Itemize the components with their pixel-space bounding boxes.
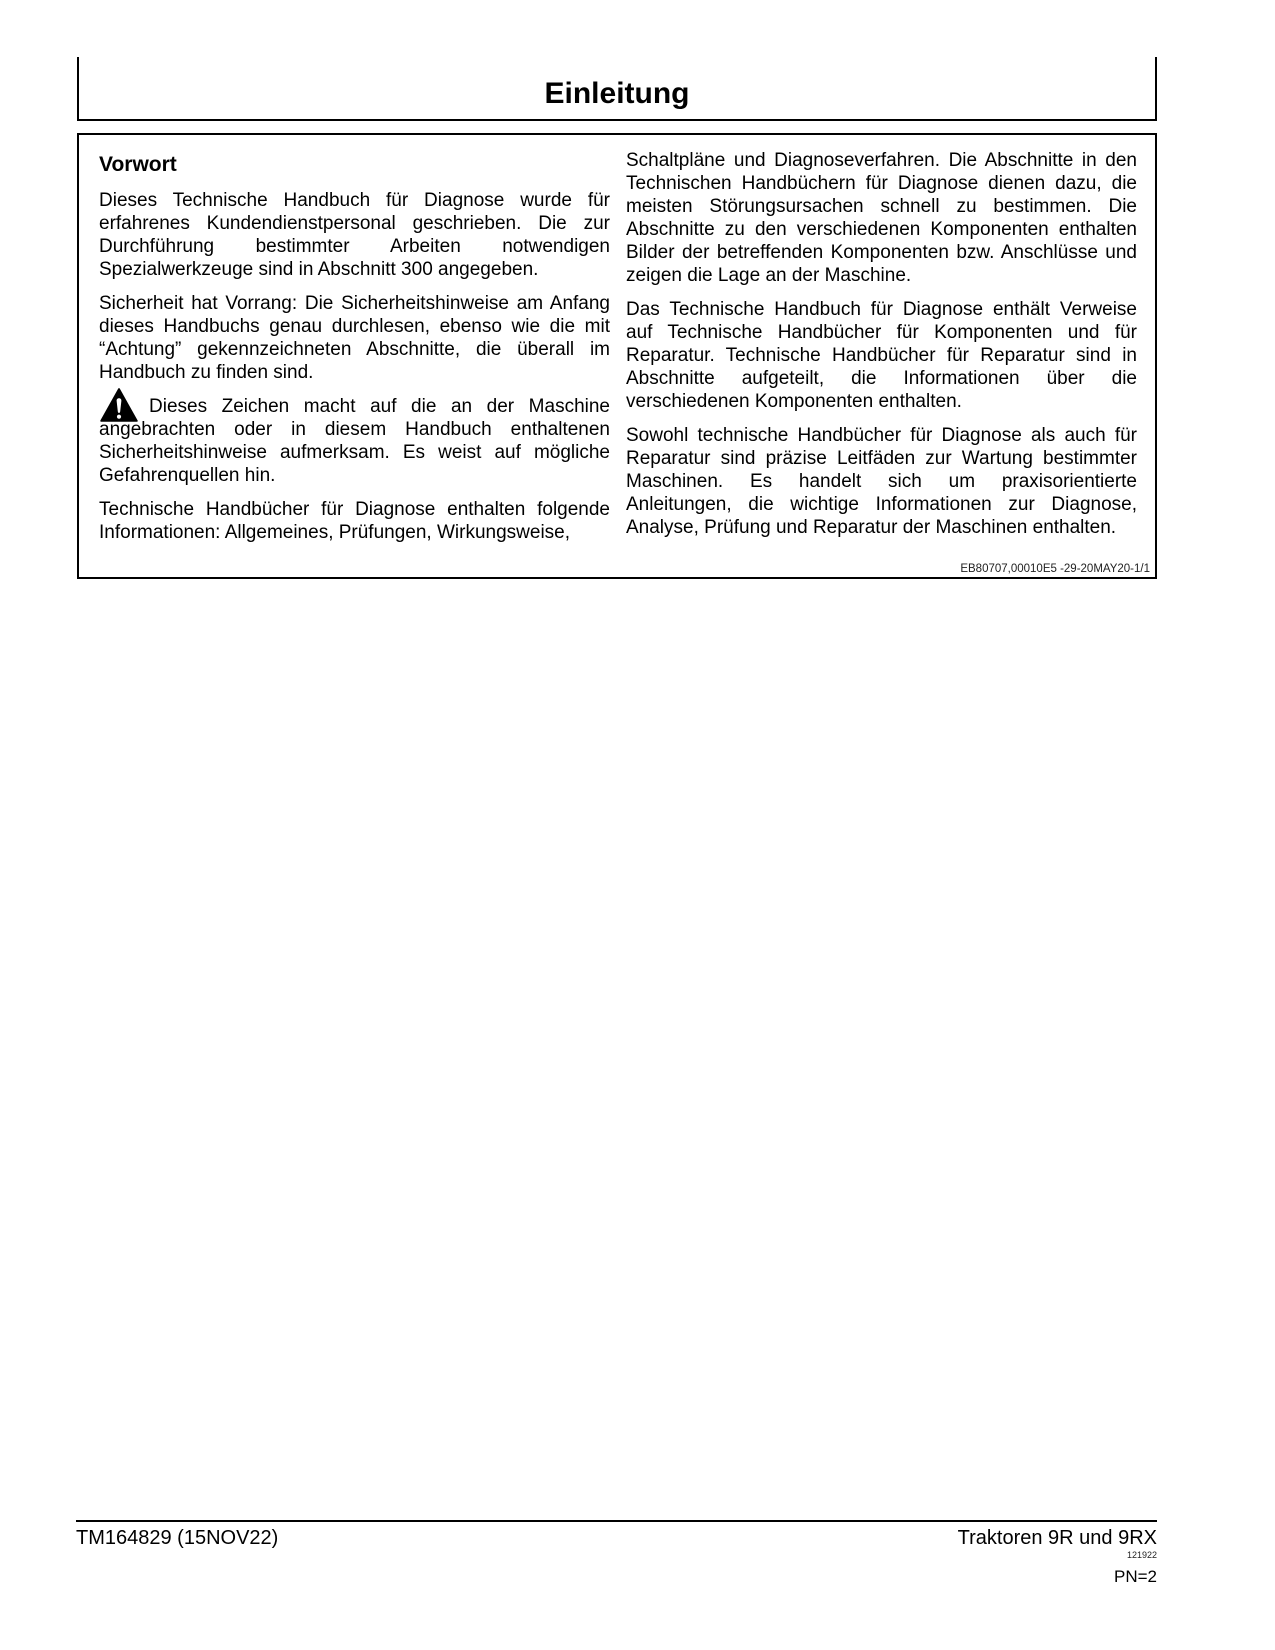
paragraph: Dieses Technische Handbuch für Diagnose … xyxy=(99,189,610,281)
left-column: Vorwort Dieses Technische Handbuch für D… xyxy=(99,149,610,555)
page-number: PN=2 xyxy=(76,1567,1157,1587)
page-footer: TM164829 (15NOV22) Traktoren 9R und 9RX … xyxy=(76,1520,1157,1587)
two-column-layout: Vorwort Dieses Technische Handbuch für D… xyxy=(79,135,1155,555)
warning-paragraph: Dieses Zeichen macht auf die an der Masc… xyxy=(99,395,610,487)
paragraph: Sowohl technische Handbücher für Diagnos… xyxy=(626,424,1137,539)
page-header: Einleitung xyxy=(77,57,1157,121)
vorwort-section-box: Vorwort Dieses Technische Handbuch für D… xyxy=(77,133,1157,579)
manual-number: TM164829 (15NOV22) xyxy=(76,1526,278,1550)
right-column: Schaltpläne und Diagnoseverfahren. Die A… xyxy=(626,149,1137,555)
paragraph: Schaltpläne und Diagnoseverfahren. Die A… xyxy=(626,149,1137,287)
safety-alert-triangle-icon xyxy=(99,388,139,422)
paragraph: Technische Handbücher für Diagnose entha… xyxy=(99,498,610,544)
section-heading: Vorwort xyxy=(99,153,610,177)
warning-text: Dieses Zeichen macht auf die an der Masc… xyxy=(99,396,610,486)
model-name: Traktoren 9R und 9RX xyxy=(958,1526,1157,1550)
reference-code: EB80707,00010E5 -29-20MAY20-1/1 xyxy=(960,563,1150,575)
footer-divider xyxy=(76,1520,1157,1522)
page-title: Einleitung xyxy=(545,77,690,111)
manual-page: Einleitung Vorwort Dieses Technische Han… xyxy=(0,0,1275,1650)
footer-row: TM164829 (15NOV22) Traktoren 9R und 9RX xyxy=(76,1526,1157,1550)
paragraph: Das Technische Handbuch für Diagnose ent… xyxy=(626,298,1137,413)
paragraph: Sicherheit hat Vorrang: Die Sicherheitsh… xyxy=(99,292,610,384)
print-code: 121922 xyxy=(76,1550,1157,1560)
